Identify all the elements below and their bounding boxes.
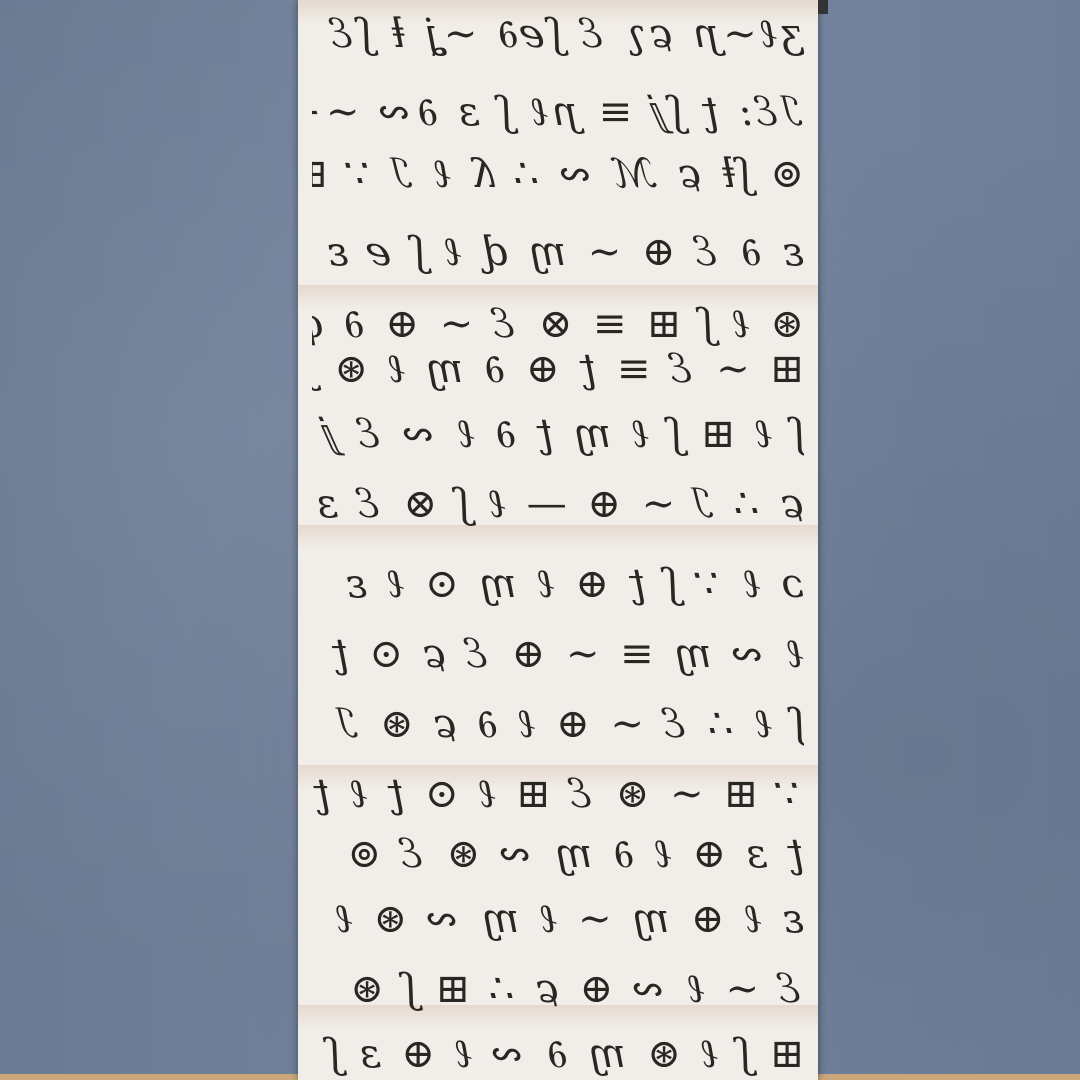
ink-line: ɕ ∴ ℐ ∽ ⊕ — ℓ ʃ ⊗ ℰ ɜ <box>312 480 804 536</box>
ink-line: ʃ ℓ ⊞ ʃ ℓ ɱ ʈ ∂ ℓ ∾ ℰ ⅉ <box>312 410 804 466</box>
ink-line: ⊞ ʃ ℓ ⊛ ɱ ∂ ∾ ℓ ⊕ ɜ ʃ <box>312 1030 804 1080</box>
ink-line: ɔ ℓ ∵ ʃ ʈ ⊕ ℓ ɱ ⊙ ℓ ɛ <box>312 560 804 616</box>
ink-line: ℐℰ: ʈ ʃⅉ ≡ ɲℓ ʃ ɜ ∂∾ ∽⊸ <box>312 88 804 144</box>
scroll-rod <box>818 0 828 14</box>
ink-line: ℓ ∾ ɱ ≡ ∽ ⊕ ℰ ɕ ⊙ ʈ <box>312 630 804 686</box>
ink-line: ɛ ℓ ⊕ ɱ ∽ ℓ ɱ ∾ ⊛ ℓ <box>312 895 804 951</box>
ink-line: ɛ ∂ ℰ ⊕ ∽ ɱ ɖ ℓ ʃ ℯ ɛ ʈ <box>312 228 804 284</box>
ink-line: ∵ ⊞ ∽ ⊛ ℰ ⊞ ℓ ⊙ ʈ ℓ ʈ <box>312 770 804 826</box>
ink-line: ʒℓ∽ɲ ɕʅ ℰ ʃℯ∂ ∽ʝ ⱡ ʃℰ ʈ ⊕ <box>312 10 804 66</box>
calligraphy-scroll: ʒℓ∽ɲ ɕʅ ℰ ʃℯ∂ ∽ʝ ⱡ ʃℰ ʈ ⊕ ℐℰ: ʈ ʃⅉ ≡ ɲℓ … <box>298 0 818 1080</box>
ink-line: ℰ ∽ ℓ ∾ ⊕ ɕ ∴ ⊞ ʃ ⊛ <box>312 965 804 1021</box>
calligraphy-lines: ʒℓ∽ɲ ɕʅ ℰ ʃℯ∂ ∽ʝ ⱡ ʃℰ ʈ ⊕ ℐℰ: ʈ ʃⅉ ≡ ɲℓ … <box>312 0 804 1080</box>
ink-line: ⊚ ʃⱡ ɕ ℳ ∾ ∴ ʎ ℓ ℐ ∵ ⊞ <box>312 150 804 206</box>
ink-line: ⊞ ∽ ℰ ≡ ʈ ⊕ ∂ ɱ ℓ ⊛ ʃ <box>312 345 804 401</box>
ink-line: ʃ ℓ ∴ ℰ ∽ ⊕ ℓ ∂ ɕ ⊛ ℐ <box>312 700 804 756</box>
ink-line: ʈ ɜ ⊕ ℓ ∂ ɱ ∾ ⊛ ℰ ⊚ <box>312 830 804 886</box>
